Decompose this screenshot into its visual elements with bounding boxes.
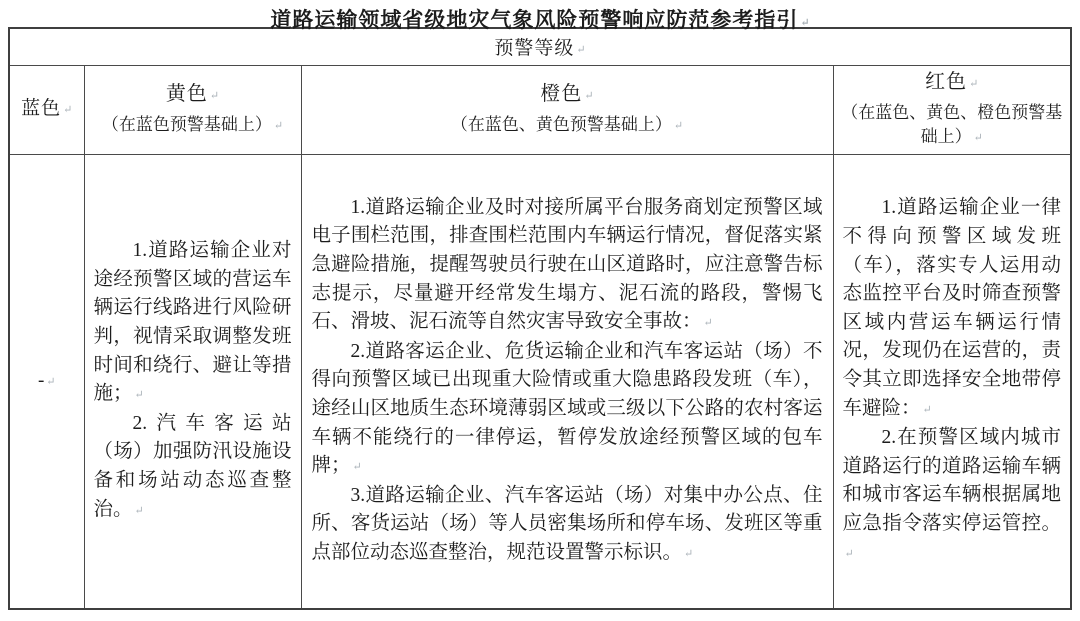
col-header-red-note: （在蓝色、黄色、橙色预警基础上） [834,101,1071,150]
orange-measure-2: 2.道路客运企业、危货运输企业和汽车客运站（场）不得向预警区域已出现重大险情或重… [312,338,823,482]
cell-red-measures: 1.道路运输企业一律不得向预警区域发班（车），落实专人运用动态监控平台及时筛查预… [833,154,1071,609]
col-header-orange-note: （在蓝色、黄色预警基础上） [302,113,833,138]
col-header-red: 红色 （在蓝色、黄色、橙色预警基础上） [833,65,1071,154]
col-header-yellow-note: （在蓝色预警基础上） [85,113,301,138]
blue-dash: - [38,370,56,391]
column-header-row: 蓝色 黄色 （在蓝色预警基础上） 橙色 （在蓝色、黄色预警基础上） 红色 （在蓝… [9,65,1071,154]
red-measure-1: 1.道路运输企业一律不得向预警区域发班（车），落实专人运用动态监控平台及时筛查预… [843,194,1062,424]
group-header-warning-level: 预警等级 [9,28,1071,65]
warning-response-table: 预警等级 蓝色 黄色 （在蓝色预警基础上） 橙色 （在蓝色、黄色预警基础上） 红… [8,27,1072,610]
col-header-blue-label: 蓝色 [10,96,84,123]
col-header-orange: 橙色 （在蓝色、黄色预警基础上） [301,65,833,154]
document-page: 道路运输领域省级地灾气象风险预警响应防范参考指引 预警等级 蓝色 黄色 （在蓝色… [0,0,1080,621]
col-header-blue: 蓝色 [9,65,84,154]
measures-row: - 1.道路运输企业对途经预警区域的营运车辆运行线路进行风险研判，视情采取调整发… [9,154,1071,609]
col-header-red-label: 红色 [834,69,1071,97]
col-header-yellow: 黄色 （在蓝色预警基础上） [84,65,301,154]
page-title: 道路运输领域省级地灾气象风险预警响应防范参考指引 [0,0,1080,27]
orange-measure-3: 3.道路运输企业、汽车客运站（场）对集中办公点、住所、客货运站（场）等人员密集场… [312,482,823,569]
cell-yellow-measures: 1.道路运输企业对途经预警区域的营运车辆运行线路进行风险研判，视情采取调整发班时… [84,154,301,609]
orange-measure-1: 1.道路运输企业及时对接所属平台服务商划定预警区域电子围栏范围，排查围栏范围内车… [312,194,823,338]
yellow-measure-1: 1.道路运输企业对途经预警区域的营运车辆运行线路进行风险研判，视情采取调整发班时… [94,237,292,410]
group-header-row: 预警等级 [9,28,1071,65]
col-header-orange-label: 橙色 [302,81,833,109]
col-header-yellow-label: 黄色 [85,81,301,109]
yellow-measure-2: 2.汽车客运站（场）加强防汛设施设备和场站动态巡查整治。 [94,410,292,525]
red-measure-2: 2.在预警区域内城市道路运行的道路运输车辆和城市客运车辆根据属地应急指令落实停运… [843,424,1062,568]
cell-orange-measures: 1.道路运输企业及时对接所属平台服务商划定预警区域电子围栏范围，排查围栏范围内车… [301,154,833,609]
group-header-label: 预警等级 [494,38,585,59]
cell-blue-measures: - [9,154,84,609]
